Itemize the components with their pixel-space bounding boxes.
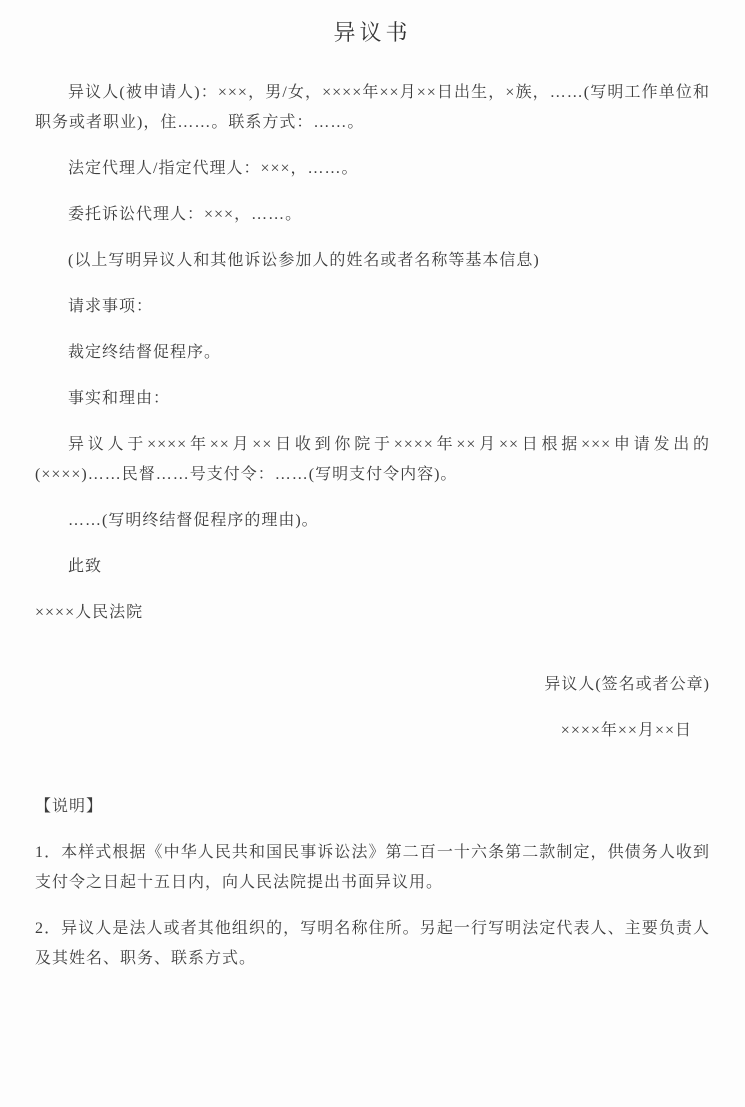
paragraph-basic-info-note: (以上写明异议人和其他诉讼参加人的姓名或者名称等基本信息) [35,246,710,276]
paragraph-entrusted-agent: 委托诉讼代理人：×××，……。 [35,200,710,230]
paragraph-claim-content: 裁定终结督促程序。 [35,338,710,368]
paragraph-objector-info: 异议人(被申请人)：×××，男/女，××××年××月××日出生，×族，……(写明… [35,78,710,138]
paragraph-legal-agent: 法定代理人/指定代理人：×××，……。 [35,154,710,184]
paragraph-salutation: 此致 [35,552,710,582]
paragraph-court-name: ××××人民法院 [35,598,710,628]
paragraph-facts-heading: 事实和理由： [35,384,710,414]
paragraph-claim-heading: 请求事项： [35,292,710,322]
document-page: 异议书 异议人(被申请人)：×××，男/女，××××年××月××日出生，×族，…… [0,0,745,1107]
paragraph-signature: 异议人(签名或者公章) [35,670,710,700]
notes-heading: 【说明】 [35,792,710,822]
paragraph-reason-placeholder: ……(写明终结督促程序的理由)。 [35,506,710,536]
paragraph-facts-content: 异议人于××××年××月××日收到你院于××××年××月××日根据×××申请发出… [35,430,710,490]
document-title: 异议书 [35,18,710,48]
paragraph-date: ××××年××月××日 [35,716,710,746]
note-item-2: 2．异议人是法人或者其他组织的，写明名称住所。另起一行写明法定代表人、主要负责人… [35,914,710,974]
note-item-1: 1．本样式根据《中华人民共和国民事诉讼法》第二百一十六条第二款制定，供债务人收到… [35,838,710,898]
